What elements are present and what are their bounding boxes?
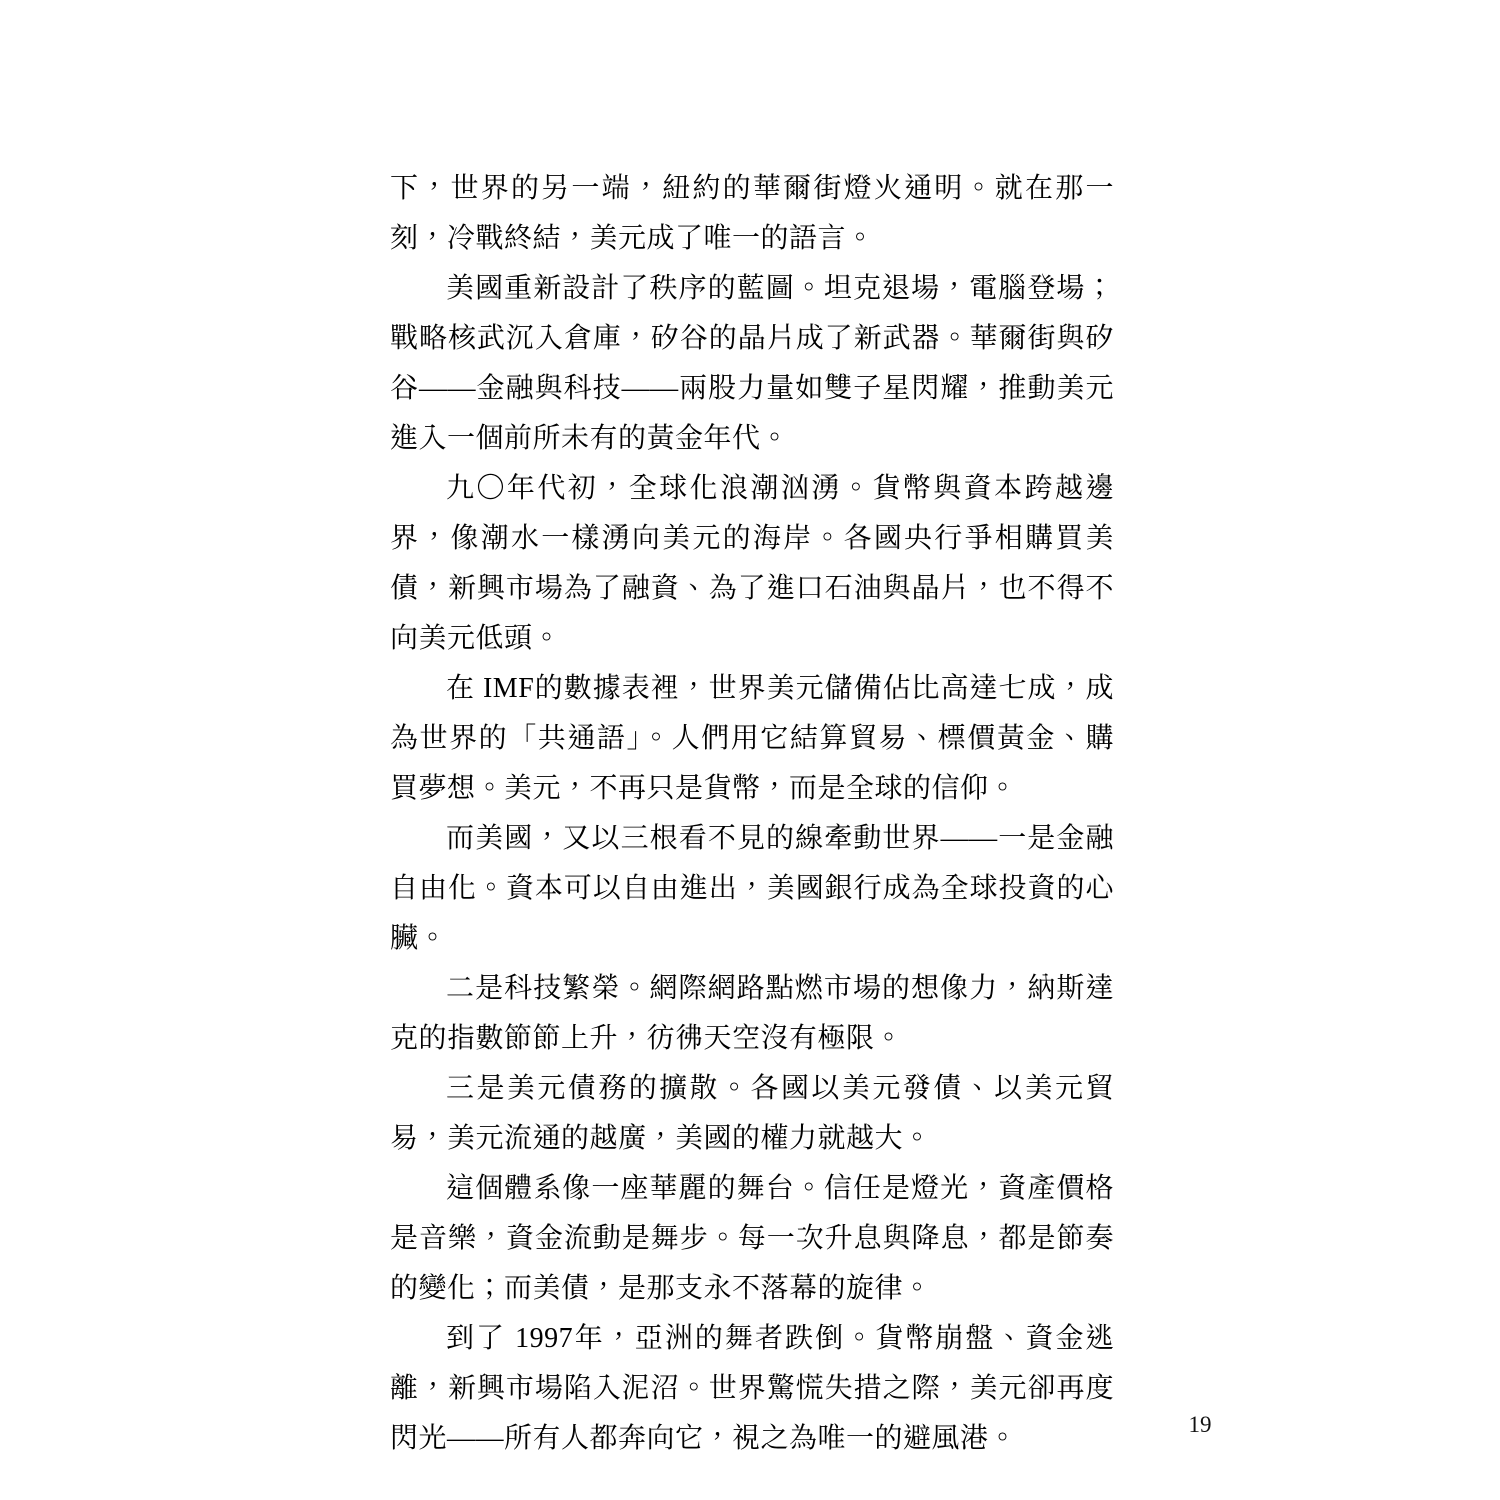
paragraph: 二是科技繁榮。網際網路點燃市場的想像力，納斯達克的指數節節上升，彷彿天空沒有極限… bbox=[390, 964, 1114, 1064]
body-text: 下，世界的另一端，紐約的華爾街燈火通明。就在那一刻，冷戰終結，美元成了唯一的語言… bbox=[390, 164, 1114, 1464]
paragraph: 九〇年代初，全球化浪潮汹湧。貨幣與資本跨越邊界，像潮水一樣湧向美元的海岸。各國央… bbox=[390, 464, 1114, 664]
paragraph: 到了 1997年，亞洲的舞者跌倒。貨幣崩盤、資金逃離，新興市場陷入泥沼。世界驚慌… bbox=[390, 1314, 1114, 1464]
paragraph: 三是美元債務的擴散。各國以美元發債、以美元貿易，美元流通的越廣，美國的權力就越大… bbox=[390, 1064, 1114, 1164]
paragraph: 這個體系像一座華麗的舞台。信任是燈光，資產價格是音樂，資金流動是舞步。每一次升息… bbox=[390, 1164, 1114, 1314]
paragraph: 美國重新設計了秩序的藍圖。坦克退場，電腦登場；戰略核武沉入倉庫，矽谷的晶片成了新… bbox=[390, 264, 1114, 464]
paragraph: 在 IMF的數據表裡，世界美元儲備佔比高達七成，成為世界的「共通語」。人們用它結… bbox=[390, 664, 1114, 814]
paragraph: 而美國，又以三根看不見的線牽動世界——一是金融自由化。資本可以自由進出，美國銀行… bbox=[390, 814, 1114, 964]
paragraph-continuation: 下，世界的另一端，紐約的華爾街燈火通明。就在那一刻，冷戰終結，美元成了唯一的語言… bbox=[390, 164, 1114, 264]
page-number: 19 bbox=[1160, 1410, 1240, 1440]
book-page: 下，世界的另一端，紐約的華爾街燈火通明。就在那一刻，冷戰終結，美元成了唯一的語言… bbox=[0, 0, 1500, 1500]
